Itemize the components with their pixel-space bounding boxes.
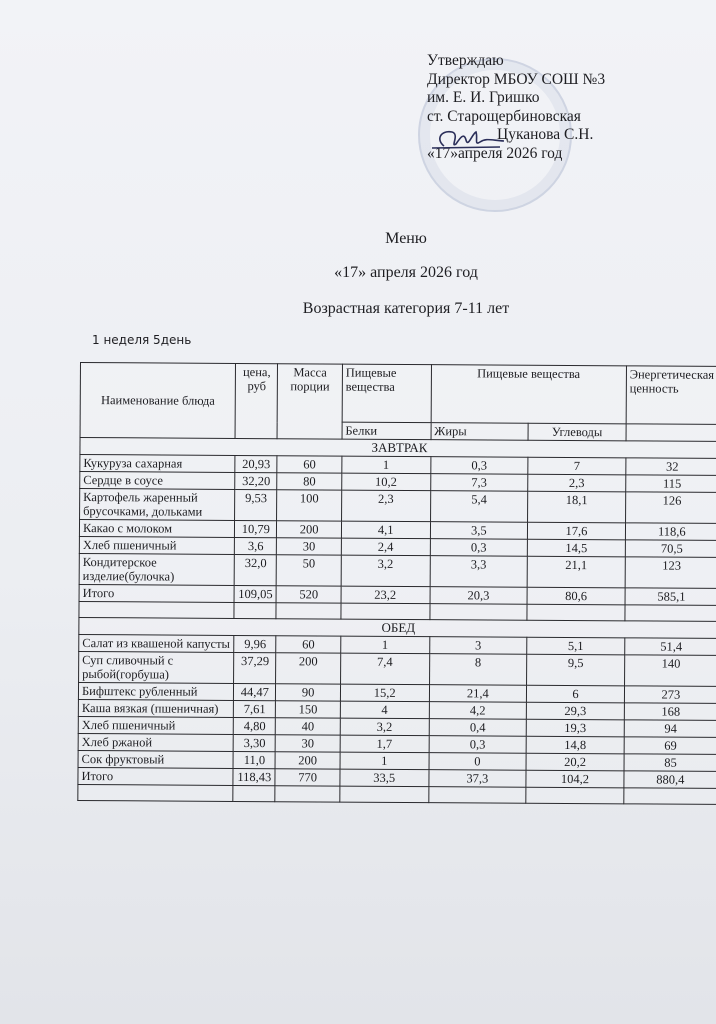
cell-price: 3,6 [235, 537, 277, 554]
cell-energy: 51,4 [625, 638, 716, 656]
cell-energy: 585,1 [625, 588, 716, 606]
cell-mass: 200 [275, 752, 339, 769]
document-title: Меню [48, 230, 716, 248]
cell-name: Сердце в соусе [80, 472, 235, 490]
cell-carbs: 20,2 [526, 753, 624, 771]
cell-mass: 50 [277, 555, 342, 586]
cell-carbs: 29,3 [527, 702, 625, 720]
cell-mass: 520 [277, 586, 341, 603]
cell-fats: 0 [429, 753, 527, 771]
empty-cell [428, 787, 526, 804]
cell-name: Каша вязкая (пшеничная) [78, 699, 233, 717]
cell-carbs: 21,1 [527, 556, 625, 588]
cell-proteins: 1,7 [340, 735, 429, 753]
approval-line: Директор МБОУ СОШ №3 [427, 71, 605, 90]
cell-carbs: 18,1 [528, 491, 626, 523]
cell-mass: 60 [277, 456, 341, 473]
cell-mass: 200 [277, 521, 341, 538]
table-row: Кондитерское изделие(булочка)32,0503,23,… [79, 553, 716, 588]
cell-proteins: 3,2 [341, 555, 430, 587]
cell-price: 9,96 [234, 635, 276, 652]
empty-row [78, 784, 716, 804]
cell-energy: 168 [624, 703, 716, 721]
cell-fats: 5,4 [430, 491, 528, 523]
cell-energy: 123 [625, 557, 716, 589]
cell-mass: 90 [276, 684, 340, 701]
cell-mass: 60 [276, 636, 340, 653]
cell-carbs: 80,6 [527, 587, 625, 605]
cell-name: Салат из квашеной капусты [79, 634, 234, 652]
cell-proteins: 1 [342, 456, 431, 474]
empty-cell [233, 785, 275, 801]
header-carbs: Углеводы [528, 423, 626, 441]
cell-proteins: 33,5 [340, 769, 429, 787]
cell-price: 4,80 [234, 717, 276, 734]
cell-name: Какао с молоком [79, 520, 234, 538]
cell-proteins: 10,2 [342, 473, 431, 491]
empty-cell [527, 604, 625, 621]
cell-name: Хлеб пшеничный [79, 536, 234, 554]
cell-fats: 0,4 [429, 719, 527, 737]
cell-carbs: 6 [527, 685, 625, 703]
cell-proteins: 7,4 [340, 653, 429, 685]
header-name: Наименование блюда [80, 363, 236, 439]
cell-energy: 85 [624, 754, 716, 772]
cell-price: 7,61 [234, 700, 276, 717]
cell-price: 32,0 [234, 554, 276, 585]
table-row: Суп сливочный с рыбой(горбуша)37,292007,… [79, 651, 716, 686]
cell-name: Хлеб ржаной [78, 733, 233, 751]
cell-carbs: 2,3 [528, 474, 626, 492]
cell-mass: 30 [277, 538, 341, 555]
header-energy-blank [626, 424, 716, 442]
cell-price: 44,47 [234, 683, 276, 700]
cell-name: Сок фруктовый [78, 750, 233, 768]
cell-proteins: 4 [340, 701, 429, 719]
empty-cell [340, 786, 429, 803]
cell-mass: 200 [276, 653, 341, 684]
cell-name: Итого [79, 584, 234, 602]
empty-cell [234, 602, 276, 618]
header-price: цена, руб [235, 363, 278, 438]
cell-proteins: 2,3 [341, 490, 430, 522]
header-nutrients-main: Пищевые вещества [431, 365, 627, 424]
menu-body: ЗАВТРАККукуруза сахарная20,936010,3732Се… [78, 438, 716, 805]
cell-price: 37,29 [234, 652, 276, 683]
cell-energy: 273 [624, 686, 716, 704]
empty-cell [429, 604, 527, 621]
cell-fats: 0,3 [430, 457, 528, 475]
header-mass: Масса порции [278, 364, 343, 439]
cell-carbs: 17,6 [528, 522, 626, 540]
cell-price: 118,43 [233, 768, 275, 785]
cell-fats: 4,2 [429, 702, 527, 720]
empty-cell [78, 784, 233, 801]
cell-proteins: 1 [341, 636, 430, 654]
cell-carbs: 14,5 [528, 539, 626, 557]
cell-fats: 0,3 [429, 736, 527, 754]
cell-fats: 3,3 [430, 556, 528, 588]
empty-cell [624, 788, 716, 805]
cell-proteins: 15,2 [340, 684, 429, 702]
cell-price: 11,0 [233, 751, 275, 768]
cell-price: 20,93 [235, 455, 277, 472]
cell-energy: 115 [626, 475, 716, 493]
cell-price: 9,53 [235, 489, 277, 520]
cell-energy: 94 [624, 720, 716, 738]
empty-cell [341, 603, 430, 620]
cell-mass: 770 [275, 769, 339, 786]
cell-name: Кукуруза сахарная [80, 455, 235, 473]
empty-cell [276, 603, 340, 619]
cell-proteins: 3,2 [340, 718, 429, 736]
cell-fats: 37,3 [428, 770, 526, 788]
cell-energy: 880,4 [624, 771, 716, 789]
cell-mass: 30 [276, 735, 340, 752]
cell-fats: 21,4 [429, 685, 527, 703]
document-date: «17» апреля 2026 год [48, 264, 716, 282]
cell-name: Итого [78, 767, 233, 785]
cell-fats: 0,3 [430, 539, 528, 557]
approval-line: ст. Старощербиновская [427, 108, 605, 127]
cell-mass: 40 [276, 718, 340, 735]
cell-energy: 140 [624, 655, 716, 687]
cell-energy: 118,6 [625, 523, 716, 541]
cell-mass: 150 [276, 701, 340, 718]
header-nutrients-left: Пищевые вещества [342, 364, 431, 423]
header-proteins: Белки [342, 422, 431, 440]
cell-price: 10,79 [235, 520, 277, 537]
cell-proteins: 2,4 [341, 538, 430, 556]
cell-energy: 32 [626, 458, 716, 476]
cell-carbs: 9,5 [527, 654, 625, 686]
cell-carbs: 104,2 [526, 770, 624, 788]
header-fats: Жиры [431, 423, 529, 441]
cell-carbs: 7 [528, 457, 626, 475]
cell-carbs: 14,8 [526, 736, 624, 754]
cell-name: Хлеб пшеничный [78, 716, 233, 734]
cell-proteins: 4,1 [341, 521, 430, 539]
cell-energy: 69 [624, 737, 716, 755]
cell-price: 32,20 [235, 472, 277, 489]
approval-line: им. Е. И. Гришко [427, 89, 605, 108]
approval-line: Утверждаю [427, 52, 605, 71]
empty-cell [625, 605, 716, 622]
cell-name: Суп сливочный с рыбой(горбуша) [79, 651, 234, 683]
cell-energy: 126 [625, 492, 716, 524]
cell-carbs: 19,3 [526, 719, 624, 737]
cell-proteins: 23,2 [341, 586, 430, 604]
cell-fats: 3 [429, 637, 527, 655]
cell-fats: 8 [429, 654, 527, 686]
empty-cell [79, 601, 234, 618]
cell-proteins: 1 [340, 752, 429, 770]
menu-table: Наименование блюда цена, руб Масса порци… [77, 362, 716, 805]
cell-fats: 3,5 [430, 522, 528, 540]
signature-icon [430, 126, 510, 154]
cell-fats: 20,3 [430, 587, 528, 605]
table-row: Картофель жаренный брусочками, дольками9… [80, 489, 716, 524]
cell-carbs: 5,1 [527, 637, 625, 655]
header-energy: Энергетическая ценность [626, 366, 716, 425]
cell-mass: 100 [277, 490, 342, 521]
empty-cell [526, 787, 624, 804]
cell-name: Бифштекс рубленный [78, 682, 233, 700]
empty-cell [275, 786, 339, 802]
week-day-label: 1 неделя 5день [92, 333, 191, 347]
cell-name: Кондитерское изделие(булочка) [79, 553, 234, 585]
cell-price: 109,05 [234, 585, 276, 602]
cell-mass: 80 [277, 473, 341, 490]
cell-name: Картофель жаренный брусочками, дольками [80, 489, 235, 521]
cell-fats: 7,3 [430, 474, 528, 492]
age-category: Возрастная категория 7-11 лет [48, 300, 716, 318]
cell-price: 3,30 [233, 734, 275, 751]
cell-energy: 70,5 [625, 540, 716, 558]
